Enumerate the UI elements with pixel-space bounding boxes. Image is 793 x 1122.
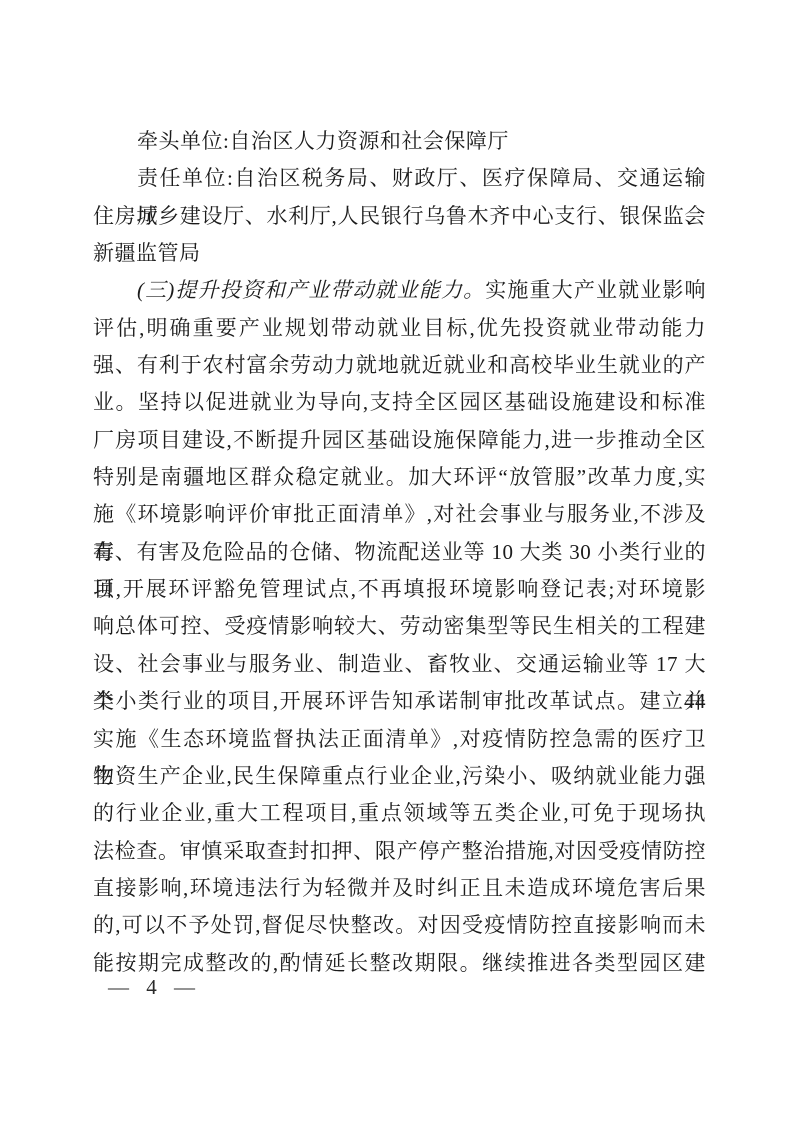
document-line: 实施《生态环境监督执法正面清单》,对疫情防控急需的医疗卫生、: [93, 721, 706, 758]
section-heading: (三)提升投资和产业带动就业能力。: [137, 278, 485, 302]
document-line: 特别是南疆地区群众稳定就业。加大环评“放管服”改革力度,实: [93, 459, 706, 496]
document-line: 个小类行业的项目,开展环评告知承诺制审批改革试点。建立并: [93, 683, 706, 720]
document-line: 住房城乡建设厅、水利厅,人民银行乌鲁木齐中心支行、银保监会: [93, 198, 706, 235]
document-line: 目,开展环评豁免管理试点,不再填报环境影响登记表;对环境影: [93, 571, 706, 608]
paragraph-section-3: (三)提升投资和产业带动就业能力。实施重大产业就业影响 评估,明确重要产业规划带…: [93, 272, 706, 982]
document-line: 毒、有害及危险品的仓储、物流配送业等 10 大类 30 小类行业的项: [93, 534, 706, 571]
document-line: 物资生产企业,民生保障重点行业企业,污染小、吸纳就业能力强: [93, 758, 706, 795]
document-line: 厂房项目建设,不断提升园区基础设施保障能力,进一步推动全区: [93, 422, 706, 459]
document-line: 直接影响,环境违法行为轻微并及时纠正且未造成环境危害后果: [93, 870, 706, 907]
document-line: 响总体可控、受疫情影响较大、劳动密集型等民生相关的工程建: [93, 608, 706, 645]
section-body-start: 实施重大产业就业影响: [485, 278, 706, 302]
document-line: 评估,明确重要产业规划带动就业目标,优先投资就业带动能力: [93, 310, 706, 347]
document-line: 责任单位:自治区税务局、财政厅、医疗保障局、交通运输厅、: [93, 160, 706, 197]
document-body: 牵头单位:自治区人力资源和社会保障厅 责任单位:自治区税务局、财政厅、医疗保障局…: [93, 123, 706, 982]
document-line: 新疆监管局: [93, 235, 706, 272]
page-number: — 4 —: [108, 975, 196, 1000]
document-line: 强、有利于农村富余劳动力就地就近就业和高校毕业生就业的产: [93, 347, 706, 384]
paragraph-responsible-units: 责任单位:自治区税务局、财政厅、医疗保障局、交通运输厅、 住房城乡建设厅、水利厅…: [93, 160, 706, 272]
document-line: 牵头单位:自治区人力资源和社会保障厅: [93, 123, 706, 160]
document-line: 施《环境影响评价审批正面清单》,对社会事业与服务业,不涉及有: [93, 496, 706, 533]
document-line: 设、社会事业与服务业、制造业、畜牧业、交通运输业等 17 大类 44: [93, 646, 706, 683]
document-page: 牵头单位:自治区人力资源和社会保障厅 责任单位:自治区税务局、财政厅、医疗保障局…: [0, 0, 793, 1122]
document-line: 法检查。审慎采取查封扣押、限产停产整治措施,对因受疫情防控: [93, 833, 706, 870]
document-line: 的,可以不予处罚,督促尽快整改。对因受疫情防控直接影响而未: [93, 907, 706, 944]
document-line: 的行业企业,重大工程项目,重点领域等五类企业,可免于现场执: [93, 795, 706, 832]
paragraph-lead-unit: 牵头单位:自治区人力资源和社会保障厅: [93, 123, 706, 160]
document-line: (三)提升投资和产业带动就业能力。实施重大产业就业影响: [93, 272, 706, 309]
document-line: 业。坚持以促进就业为导向,支持全区园区基础设施建设和标准: [93, 384, 706, 421]
